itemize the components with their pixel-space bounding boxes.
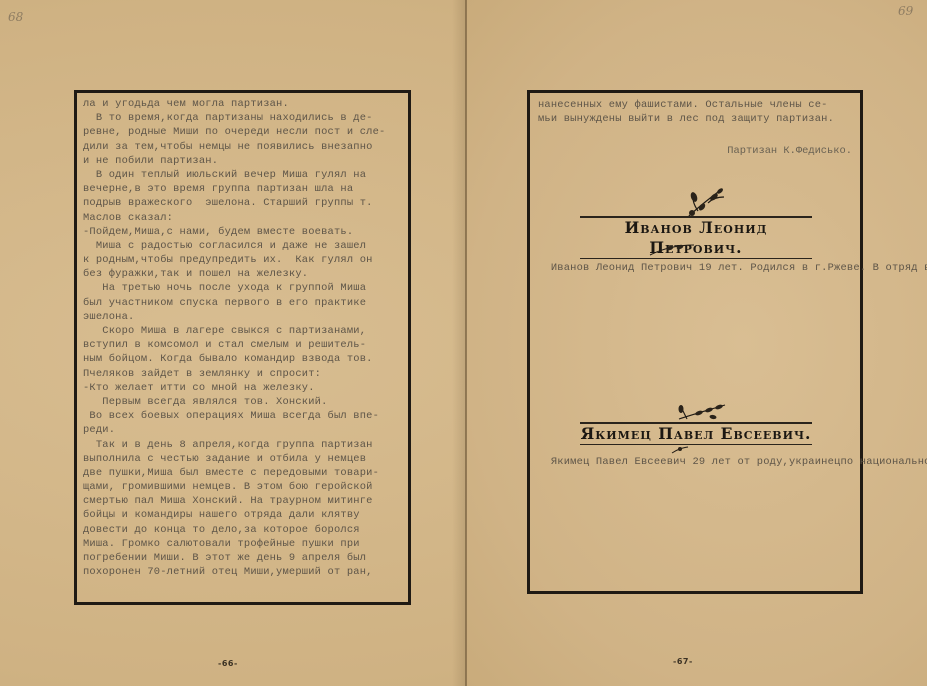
text-line: эшелона. — [83, 310, 385, 324]
left-folio: -66- — [218, 659, 238, 668]
left-pencil-page-number: 68 — [8, 10, 23, 24]
text-line: Скоро Миша в лагере свыкся с партизанами… — [83, 324, 385, 338]
text-line: был участником спуска первого в его прак… — [83, 296, 385, 310]
laurel-sprig-icon — [648, 243, 698, 257]
text-line: по национальности. В отряд вступил 3 янв… — [840, 456, 927, 468]
text-line: без фуражки,так и пошел на железку. — [83, 267, 385, 281]
heading-rule-bottom — [580, 444, 812, 446]
text-line: Первым всегда являлся тов. Хонский. — [83, 395, 385, 409]
text-line: дили за тем,чтобы немцы не появились вне… — [83, 140, 385, 154]
book-gutter — [465, 0, 467, 686]
text-line: Якимец Павел Евсеевич 29 лет от роду,укр… — [538, 456, 840, 468]
right-pencil-page-number: 69 — [898, 4, 913, 18]
heading-rule-bottom — [580, 258, 812, 260]
text-line: выполнила с честью задание и отбила у не… — [83, 452, 385, 466]
small-sprig-icon — [670, 445, 690, 455]
text-line: Ржеве. В отряд вступил 6 ноября 1943года… — [828, 262, 927, 274]
text-line: подрыв вражеского эшелона. Старший групп… — [83, 196, 385, 210]
gutter-shadow — [452, 0, 466, 686]
text-line: щами, громившими немцев. В этом бою геро… — [83, 480, 385, 494]
entry-heading-yakimets: Якимец Павел Евсеевич. — [580, 422, 812, 445]
left-page-frame: ла и угодьда чем могла партизан. В то вр… — [74, 90, 411, 605]
text-line: ревне, родные Миши по очереди несли пост… — [83, 125, 385, 139]
text-line: нанесенных ему фашистами. Остальные член… — [538, 98, 834, 112]
text-line: Маслов сказал: — [83, 211, 385, 225]
text-line: к родным,чтобы предупредить их. Как гуля… — [83, 253, 385, 267]
text-line: погребении Миши. В этот же день 9 апреля… — [83, 551, 385, 565]
laurel-sprig-icon — [673, 401, 729, 423]
entry-text-ivanov: Иванов Леонид Петрович 19 лет. Родился в… — [538, 261, 927, 275]
left-page-text: ла и угодьда чем могла партизан. В то вр… — [83, 97, 385, 579]
text-line: ным бойцом. Когда бывало командир взвода… — [83, 352, 385, 366]
text-line: Миша. Громко салютовали трофейные пушки … — [83, 537, 385, 551]
text-line: Так и в день 8 апреля,когда группа парти… — [83, 438, 385, 452]
text-line: вступил в комсомол и стал смелым и решит… — [83, 338, 385, 352]
right-page-continuation-text: нанесенных ему фашистами. Остальные член… — [538, 98, 834, 126]
text-line: В один теплый июльский вечер Миша гулял … — [83, 168, 385, 182]
text-line: бойцы и командиры нашего отряда дали кля… — [83, 508, 385, 522]
text-line: довести до конца то дело,за которое боро… — [83, 523, 385, 537]
text-line: На третью ночь после ухода к группой Миш… — [83, 281, 385, 295]
text-line: Пчеляков зайдет в землянку и спросит: — [83, 367, 385, 381]
entry-text-yakimets: Якимец Павел Евсеевич 29 лет от роду,укр… — [538, 455, 927, 469]
text-line: -Пойдем,Миша,с нами, будем вместе воеват… — [83, 225, 385, 239]
text-line: похоронен 70-летний отец Миши,умерший от… — [83, 565, 385, 579]
text-line: и не побили партизан. — [83, 154, 385, 168]
text-line: -Кто желает итти со мной на железку. — [83, 381, 385, 395]
text-line: мьи вынуждены выйти в лес под защиту пар… — [538, 112, 834, 126]
text-line: Во всех боевых операциях Миша всегда был… — [83, 409, 385, 423]
text-line: реди. — [83, 423, 385, 437]
text-line: Иванов Леонид Петрович 19 лет. Родился в… — [538, 262, 828, 274]
heading-text: Якимец Павел Евсеевич. — [580, 424, 812, 444]
right-page-frame: нанесенных ему фашистами. Остальные член… — [527, 90, 863, 594]
text-line: смертью пал Миша Хонский. На траурном ми… — [83, 494, 385, 508]
text-line: две пушки,Миша был вместе с передовыми т… — [83, 466, 385, 480]
laurel-sprig-icon — [680, 185, 730, 219]
text-line: Миша с радостью согласился и даже не заш… — [83, 239, 385, 253]
right-folio: -67- — [673, 657, 693, 666]
signature: Партизан К.Федисько. — [727, 145, 852, 157]
text-line: В то время,когда партизаны находились в … — [83, 111, 385, 125]
text-line: ла и угодьда чем могла партизан. — [83, 97, 385, 111]
text-line: вечерне,в это время группа партизан шла … — [83, 182, 385, 196]
